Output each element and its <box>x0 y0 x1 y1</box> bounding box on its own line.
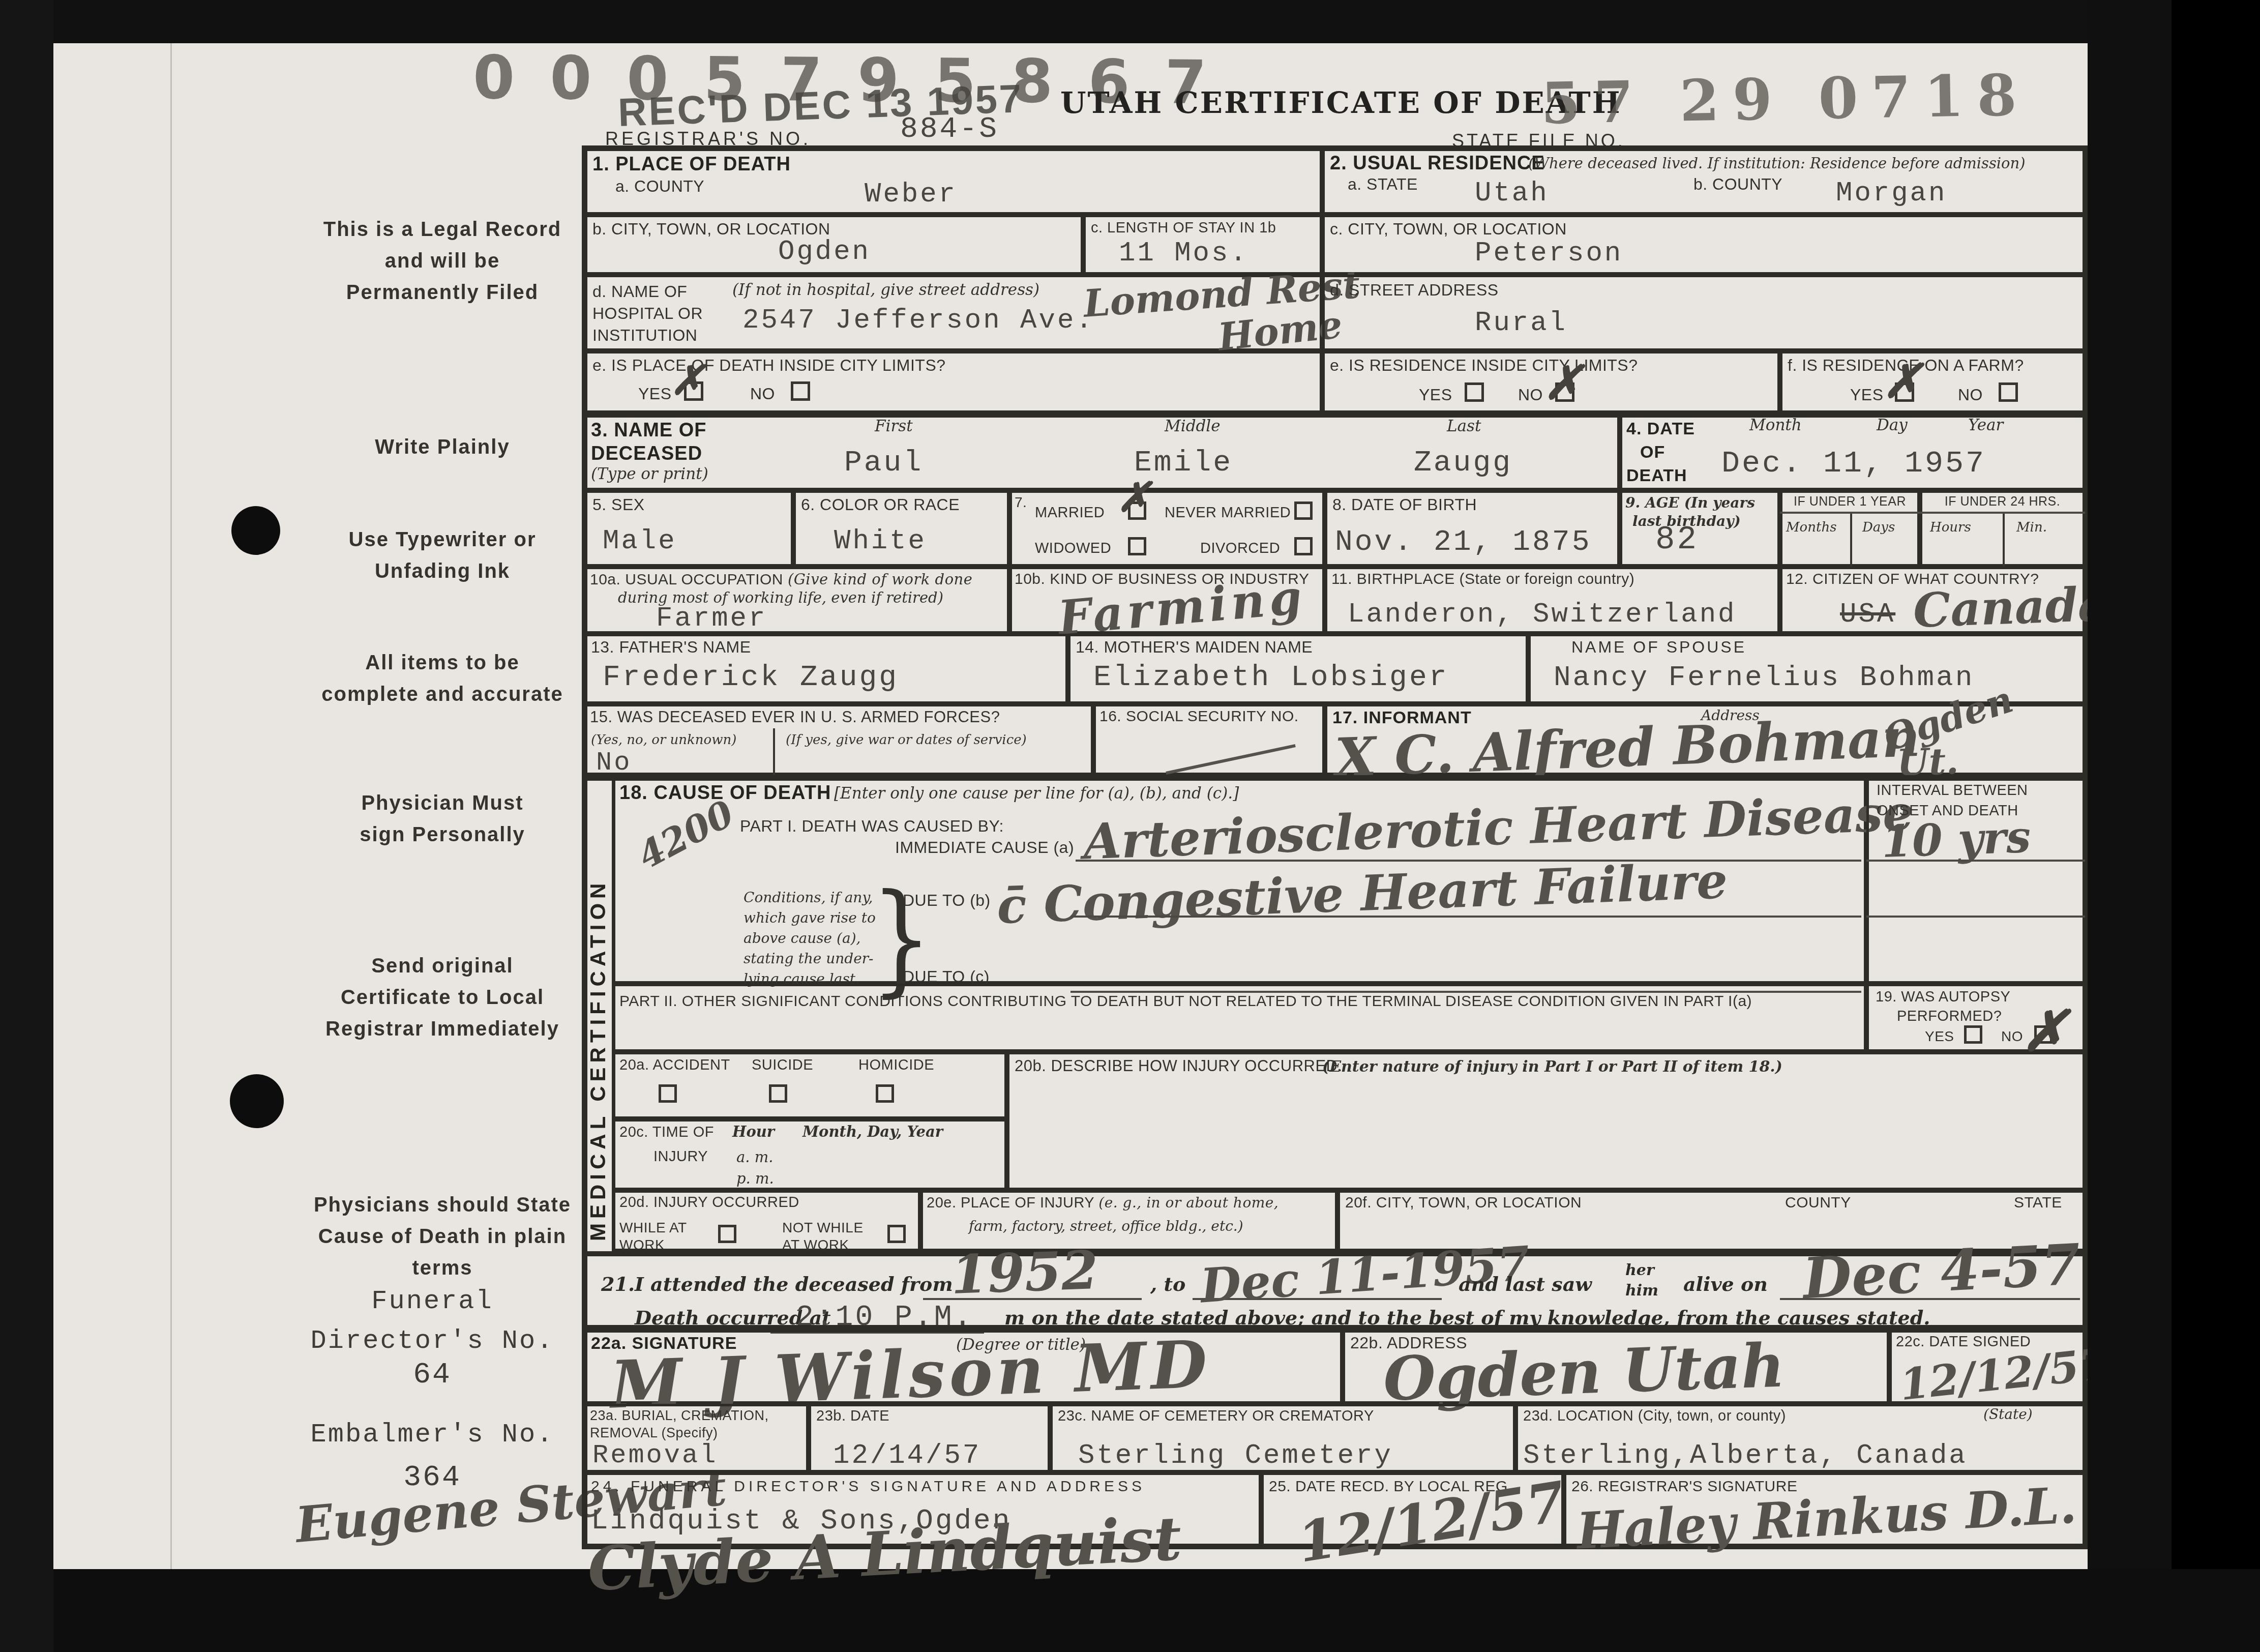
film-border-bottom <box>0 1569 2260 1652</box>
paper-crease <box>170 43 172 1569</box>
field-4-label-3: DEATH <box>1626 466 1687 486</box>
field-11-label: 11. BIRTHPLACE (State or foreign country… <box>1331 571 1634 588</box>
field-2c-label: c. CITY, TOWN, OR LOCATION <box>1330 220 1567 239</box>
field-21-number: 21. <box>601 1273 635 1295</box>
field-20a-homicide-label: HOMICIDE <box>858 1057 934 1074</box>
field-3-last-label: Last <box>1447 417 1481 435</box>
certificate-title: UTAH CERTIFICATE OF DEATH <box>1060 85 1621 120</box>
field-1d-value: 2547 Jefferson Ave. <box>742 305 1094 336</box>
field-20f-label: 20f. CITY, TOWN, OR LOCATION <box>1345 1194 1582 1212</box>
field-2f-no-label: NO <box>1958 386 1983 404</box>
field-2e-label: e. IS RESIDENCE INSIDE CITY LIMITS? <box>1330 356 1638 375</box>
field-20e-note-1: (e. g., in or about home, <box>1098 1194 1278 1211</box>
field-20f-county-label: COUNTY <box>1785 1194 1851 1212</box>
field-8-label: 8. DATE OF BIRTH <box>1332 495 1477 514</box>
scanned-death-certificate: 0 0 0 5 7 9 5 8 6 7 REC'D DEC 13 1957 RE… <box>0 0 2260 1652</box>
field-12-value: Canada <box>1912 576 2109 638</box>
field-6-value: White <box>834 526 927 557</box>
field-3-first-label: First <box>875 417 913 435</box>
field-22b-value: Ogden Utah <box>1382 1330 1786 1414</box>
field-20b-note: (Enter nature of injury in Part I or Par… <box>1322 1058 1782 1076</box>
field-2e-yes-label: YES <box>1419 386 1452 404</box>
field-5-value: Male <box>603 526 677 557</box>
field-2a-label: a. STATE <box>1348 175 1418 194</box>
film-border-top <box>0 0 2260 43</box>
field-15-label: 15. WAS DECEASED EVER IN U. S. ARMED FOR… <box>590 708 1000 726</box>
field-9-under1-label: IF UNDER 1 YEAR <box>1780 494 1920 509</box>
field-spouse-label: NAME OF SPOUSE <box>1571 638 1746 657</box>
field-20c-mdy-label: Month, Day, Year <box>802 1123 943 1140</box>
state-file-no-value: 57 29 0718 <box>1540 62 2031 137</box>
field-7-never-married-label: NEVER MARRIED <box>1165 505 1291 521</box>
field-21-him: him <box>1625 1282 1658 1300</box>
field-12-crossed-out: USA <box>1840 599 1895 630</box>
margin-note-write-plainly: Write Plainly <box>315 431 570 463</box>
field-18-interval-label-1: INTERVAL BETWEEN <box>1877 782 2028 799</box>
field-23b-value: 12/14/57 <box>833 1440 981 1471</box>
checkbox-2e-yes <box>1465 382 1484 402</box>
field-9-min-label: Min. <box>2016 520 2047 535</box>
checkmark-7-married: ✗ <box>1117 473 1151 521</box>
field-3-note: (Type or print) <box>591 465 708 483</box>
checkbox-1e-no <box>791 381 810 401</box>
field-20c-hour-label: Hour <box>732 1123 775 1140</box>
field-21-text-3: and last saw <box>1459 1273 1592 1295</box>
margin-note-typewriter: Use Typewriter or Unfading Ink <box>303 524 582 587</box>
field-20f-state-label: STATE <box>2014 1194 2062 1212</box>
checkbox-19-yes <box>1964 1025 1982 1044</box>
field-7-widowed-label: WIDOWED <box>1035 540 1111 557</box>
field-1c-value: 11 Mos. <box>1119 238 1248 269</box>
field-13-label: 13. FATHER'S NAME <box>591 638 751 657</box>
field-3-label: 3. NAME OF DECEASED <box>591 419 728 465</box>
funeral-directors-no-value: 64 <box>305 1353 559 1397</box>
checkmark-1e-yes: ✗ <box>670 356 704 404</box>
field-18-immediate-label: IMMEDIATE CAUSE (a) <box>895 838 1074 857</box>
margin-note-physician-sign: Physician Must sign Personally <box>336 787 549 850</box>
field-20e-note-2: farm, factory, street, office bldg., etc… <box>969 1218 1243 1234</box>
field-1c-label: c. LENGTH OF STAY IN 1b <box>1091 220 1276 237</box>
field-1b-label: b. CITY, TOWN, OR LOCATION <box>592 220 830 239</box>
field-18-cond-3: above cause (a), <box>744 930 860 947</box>
field-20a-accident-label: 20a. ACCIDENT <box>619 1057 730 1074</box>
field-18b-line <box>1070 916 1861 918</box>
field-20d-not-label-1: NOT WHILE <box>782 1220 864 1236</box>
field-13-value: Frederick Zaugg <box>603 661 899 694</box>
checkbox-7-divorced <box>1294 537 1313 555</box>
punch-hole-top <box>231 506 280 555</box>
field-18-part1-label: PART I. DEATH WAS CAUSED BY: <box>740 817 1004 836</box>
field-23a-value: Removal <box>592 1440 718 1470</box>
field-21-text-4: alive on <box>1683 1273 1768 1295</box>
margin-note-legal-record: This is a Legal Record and will be Perma… <box>315 214 570 308</box>
field-23d-value: Sterling,Alberta, Canada <box>1523 1440 1968 1471</box>
field-19-yes-label: YES <box>1925 1028 1954 1045</box>
field-21-from-value: 1952 <box>950 1238 1099 1306</box>
field-4-label-2: OF <box>1640 442 1665 462</box>
field-20c-am-label: a. m. <box>736 1148 773 1166</box>
field-10a-label: 10a. USUAL OCCUPATION (Give kind of work… <box>590 571 972 588</box>
field-4-day-label: Day <box>1877 416 1908 434</box>
checkmark-2e-no: ✗ <box>1543 355 1583 410</box>
field-20a-suicide-label: SUICIDE <box>752 1057 813 1074</box>
film-border-right-dark <box>2172 0 2260 1652</box>
field-8-value: Nov. 21, 1875 <box>1335 526 1591 559</box>
checkbox-7-never-married <box>1294 501 1313 520</box>
field-1b-value: Ogden <box>778 237 871 268</box>
field-9-under24-label: IF UNDER 24 HRS. <box>1920 494 2085 509</box>
field-9-hours-min-divider <box>2003 514 2005 567</box>
field-23d-note: (State) <box>1983 1406 2033 1423</box>
field-1d-note: (If not in hospital, give street address… <box>732 281 1039 299</box>
field-3-first-value: Paul <box>844 447 923 480</box>
field-18-due-b-label: DUE TO (b) <box>903 891 991 910</box>
field-19-no-label: NO <box>2001 1028 2023 1045</box>
field-spouse-value: Nancy Fernelius Bohman <box>1554 661 1974 694</box>
field-2d-label: d. STREET ADDRESS <box>1330 281 1499 300</box>
field-2c-value: Peterson <box>1475 238 1623 269</box>
field-23a-label-1: 23a. BURIAL, CREMATION, <box>590 1408 769 1424</box>
field-15-note-2: (If yes, give war or dates of service) <box>786 732 1027 748</box>
checkbox-7-widowed <box>1128 537 1146 555</box>
field-2e-no-label: NO <box>1518 386 1543 404</box>
field-18-cond-1: Conditions, if any, <box>744 889 873 906</box>
field-20c-label-2: INJURY <box>653 1148 708 1165</box>
checkbox-20a-homicide <box>876 1084 894 1103</box>
field-7-divorced-label: DIVORCED <box>1200 540 1280 557</box>
field-1-label: 1. PLACE OF DEATH <box>592 154 791 175</box>
field-20e-label: 20e. PLACE OF INJURY <box>927 1195 1094 1211</box>
checkmark-2f-yes: ✗ <box>1883 353 1922 408</box>
field-1d-label: d. NAME OF HOSPITAL OR INSTITUTION <box>592 281 720 347</box>
field-10a-note-1: (Give kind of work done <box>788 571 973 588</box>
checkbox-2f-no <box>1999 382 2018 402</box>
field-20e-label-row: 20e. PLACE OF INJURY (e. g., in or about… <box>927 1194 1278 1212</box>
field-2-note: (Where deceased lived. If institution: R… <box>1528 155 2026 172</box>
field-5-label: 5. SEX <box>592 495 645 514</box>
field-20b-label: 20b. DESCRIBE HOW INJURY OCCURRED. <box>1015 1057 1343 1075</box>
margin-note-plain-terms: Physicians should State Cause of Death i… <box>292 1189 592 1284</box>
field-4-month-label: Month <box>1749 416 1802 434</box>
field-23a-label-2: REMOVAL (Specify) <box>590 1425 718 1441</box>
field-1a-label: a. COUNTY <box>615 177 704 196</box>
field-11-value: Landeron, Switzerland <box>1348 599 1737 630</box>
field-20c-pm-label: p. m. <box>736 1170 774 1187</box>
field-23d-label: 23d. LOCATION (City, town, or county) <box>1523 1408 1786 1425</box>
field-20d-while-label-1: WHILE AT <box>619 1220 687 1236</box>
checkbox-20d-while <box>718 1225 736 1243</box>
field-9-days-label: Days <box>1862 520 1895 535</box>
field-18-interval-line-a <box>1866 860 2085 862</box>
field-2f-yes-label: YES <box>1850 386 1884 404</box>
field-6-label: 6. COLOR OR RACE <box>801 495 960 514</box>
field-23c-label: 23c. NAME OF CEMETERY OR CREMATORY <box>1058 1408 1374 1425</box>
field-24-label: 24. FUNERAL DIRECTOR'S SIGNATURE AND ADD… <box>591 1478 1145 1495</box>
field-23b-label: 23b. DATE <box>816 1408 889 1425</box>
margin-note-send-original: Send original Certificate to Local Regis… <box>325 950 559 1045</box>
field-10a-value: Farmer <box>656 603 767 634</box>
field-1a-value: Weber <box>865 179 957 210</box>
field-18-cond-2: which gave rise to <box>744 909 876 926</box>
field-18-label-note: [Enter only one cause per line for (a), … <box>834 784 1239 803</box>
field-19-label-1: 19. WAS AUTOPSY <box>1876 989 2010 1006</box>
field-14-value: Elizabeth Lobsiger <box>1093 661 1449 694</box>
field-7-label: 7. <box>1015 494 1027 511</box>
medical-certification-label: MEDICAL CERTIFICATION <box>586 793 610 1241</box>
field-10a-label-text: 10a. USUAL OCCUPATION <box>590 571 783 588</box>
checkbox-20d-not-while <box>887 1225 906 1243</box>
field-4-year-label: Year <box>1968 416 2003 434</box>
field-9-label-1: 9. AGE (In years <box>1625 494 1755 511</box>
field-2a-value: Utah <box>1475 178 1549 209</box>
checkbox-20a-accident <box>659 1084 677 1103</box>
field-21-text-2: , to <box>1150 1273 1185 1295</box>
field-15-note-1: (Yes, no, or unknown) <box>591 732 736 748</box>
field-1e-no-label: NO <box>750 385 775 403</box>
field-9-months-days-divider <box>1850 514 1852 567</box>
funeral-directors-no-label: Funeral Director's No. <box>305 1282 559 1361</box>
field-21-her: her <box>1625 1261 1654 1279</box>
checkbox-20a-suicide <box>769 1084 787 1103</box>
field-18-interval-line-b <box>1866 916 2085 918</box>
field-4-label-1: 4. DATE <box>1626 419 1695 439</box>
embalmers-no-label: Embalmer's No. <box>305 1415 559 1455</box>
field-2b-value: Morgan <box>1836 178 1947 209</box>
field-18-cond-4: stating the under- <box>744 950 874 967</box>
field-3-last-value: Zaugg <box>1414 447 1512 480</box>
field-2d-value: Rural <box>1475 308 1567 339</box>
field-4-value: Dec. 11, 1957 <box>1721 447 1986 481</box>
field-2b-label: b. COUNTY <box>1693 175 1782 194</box>
field-9-months-label: Months <box>1786 520 1837 535</box>
field-21-text-1: I attended the deceased from <box>635 1273 953 1295</box>
field-21-text-6: m on the date stated above; and to the b… <box>1004 1306 1930 1329</box>
field-7-married-label: MARRIED <box>1035 505 1105 521</box>
field-20d-label: 20d. INJURY OCCURRED <box>619 1194 799 1211</box>
field-9-hours-label: Hours <box>1930 520 1971 535</box>
field-18-part2-label: PART II. OTHER SIGNIFICANT CONDITIONS CO… <box>619 993 1752 1010</box>
field-20c-label-1: 20c. TIME OF <box>619 1124 714 1141</box>
margin-note-complete: All items to be complete and accurate <box>315 647 570 710</box>
field-2-label: 2. USUAL RESIDENCE <box>1330 153 1545 174</box>
punch-hole-bottom <box>230 1074 284 1128</box>
field-1e-yes-label: YES <box>638 385 672 403</box>
field-19-label-2: PERFORMED? <box>1897 1008 2002 1025</box>
field-16-label: 16. SOCIAL SECURITY NO. <box>1099 708 1299 725</box>
field-15-value: No <box>596 748 632 778</box>
field-1e-label: e. IS PLACE OF DEATH INSIDE CITY LIMITS? <box>592 356 946 375</box>
film-border-left <box>0 0 53 1652</box>
field-14-label: 14. MOTHER'S MAIDEN NAME <box>1076 638 1313 657</box>
field-23c-value: Sterling Cemetery <box>1078 1440 1393 1471</box>
registrars-no-value: 884-S <box>900 113 999 146</box>
field-3-middle-label: Middle <box>1165 417 1221 435</box>
field-15-divider <box>773 728 775 775</box>
field-9-value: 82 <box>1655 522 1699 558</box>
